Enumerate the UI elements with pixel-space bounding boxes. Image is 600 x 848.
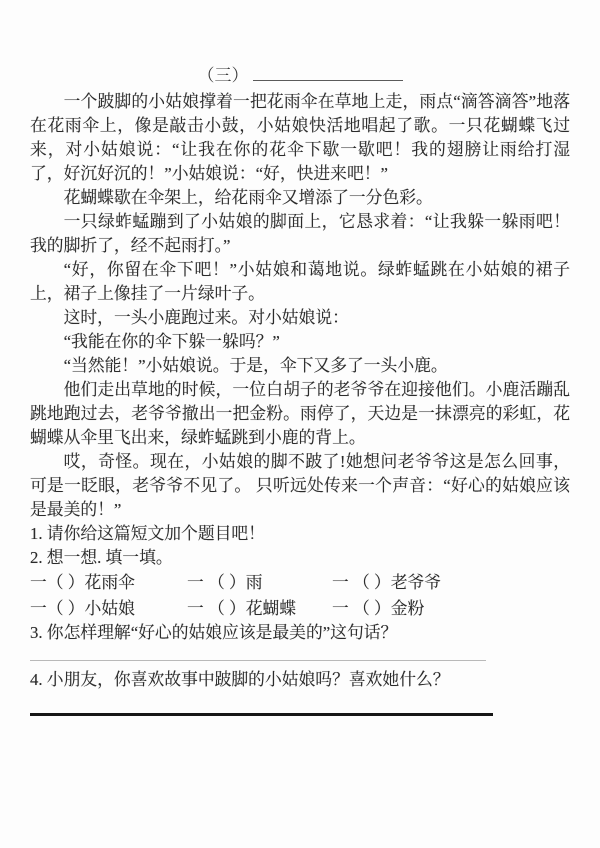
story-paragraph: 他们走出草地的时候，一位白胡子的老爷爷在迎接他们。小鹿活蹦乱跳地跑过去，老爷爷撤…	[30, 378, 570, 450]
worksheet-content: （三） 一个跛脚的小姑娘撑着一把花雨伞在草地上走，雨点“滴答滴答”地落在花雨伞上…	[0, 0, 600, 716]
fill-in-item: 一 （ ）花蝴蝶	[187, 596, 332, 622]
fill-in-row: 一（ ）小姑娘 一 （ ）花蝴蝶 一 （ ）金粉	[30, 596, 570, 622]
fill-in-item: 一 （ ）金粉	[332, 596, 570, 622]
story-paragraph: 一只绿蚱蜢蹦到了小姑娘的脚面上，它恳求着：“让我躲一躲雨吧！我的脚折了，经不起雨…	[30, 210, 570, 258]
fill-in-item: 一（ ）花雨伞	[30, 570, 187, 596]
story-paragraph: 一个跛脚的小姑娘撑着一把花雨伞在草地上走，雨点“滴答滴答”地落在花雨伞上，像是敲…	[30, 90, 570, 186]
story-paragraph: “当然能！”小姑娘说。于是，伞下又多了一头小鹿。	[30, 354, 570, 378]
question-2: 2. 想一想. 填一填。	[30, 546, 570, 570]
question-4: 4. 小朋友，你喜欢故事中跛脚的小姑娘吗？喜欢她什么？	[30, 668, 570, 692]
question-3: 3. 你怎样理解“好心的姑娘应该是最美的”这句话？	[30, 621, 570, 645]
story-text: 一个跛脚的小姑娘撑着一把花雨伞在草地上走，雨点“滴答滴答”地落在花雨伞上，像是敲…	[30, 90, 570, 522]
story-paragraph: 哎，奇怪。现在，小姑娘的脚不跛了!她想问老爷爷这是怎么回事，可是一眨眼，老爷爷不…	[30, 450, 570, 522]
section-end-divider	[30, 713, 493, 716]
story-paragraph: “好，你留在伞下吧！”小姑娘和蔼地说。绿蚱蜢跳在小姑娘的裙子上，裙子上像挂了一片…	[30, 258, 570, 306]
question-1: 1. 请你给这篇短文加个题目吧！	[30, 522, 570, 546]
story-paragraph: 这时，一头小鹿跑过来。对小姑娘说：	[30, 306, 570, 330]
section-label: （三）	[198, 66, 249, 85]
story-paragraph: “我能在你的伞下躲一躲吗？”	[30, 330, 570, 354]
fill-in-item: 一（ ）小姑娘	[30, 596, 187, 622]
section-title-row: （三）	[30, 64, 570, 87]
title-blank-line	[253, 64, 403, 81]
questions-section: 1. 请你给这篇短文加个题目吧！ 2. 想一想. 填一填。 一（ ）花雨伞 一 …	[30, 522, 570, 716]
story-paragraph: 花蝴蝶歇在伞架上，给花雨伞又增添了一分色彩。	[30, 186, 570, 210]
fill-in-row: 一（ ）花雨伞 一 （ ）雨 一 （ ）老爷爷	[30, 570, 570, 596]
fill-in-item: 一 （ ）老爷爷	[332, 570, 570, 596]
fill-in-item: 一 （ ）雨	[187, 570, 332, 596]
worksheet-page: （三） 一个跛脚的小姑娘撑着一把花雨伞在草地上走，雨点“滴答滴答”地落在花雨伞上…	[0, 0, 600, 848]
answer-line-divider	[30, 660, 486, 661]
